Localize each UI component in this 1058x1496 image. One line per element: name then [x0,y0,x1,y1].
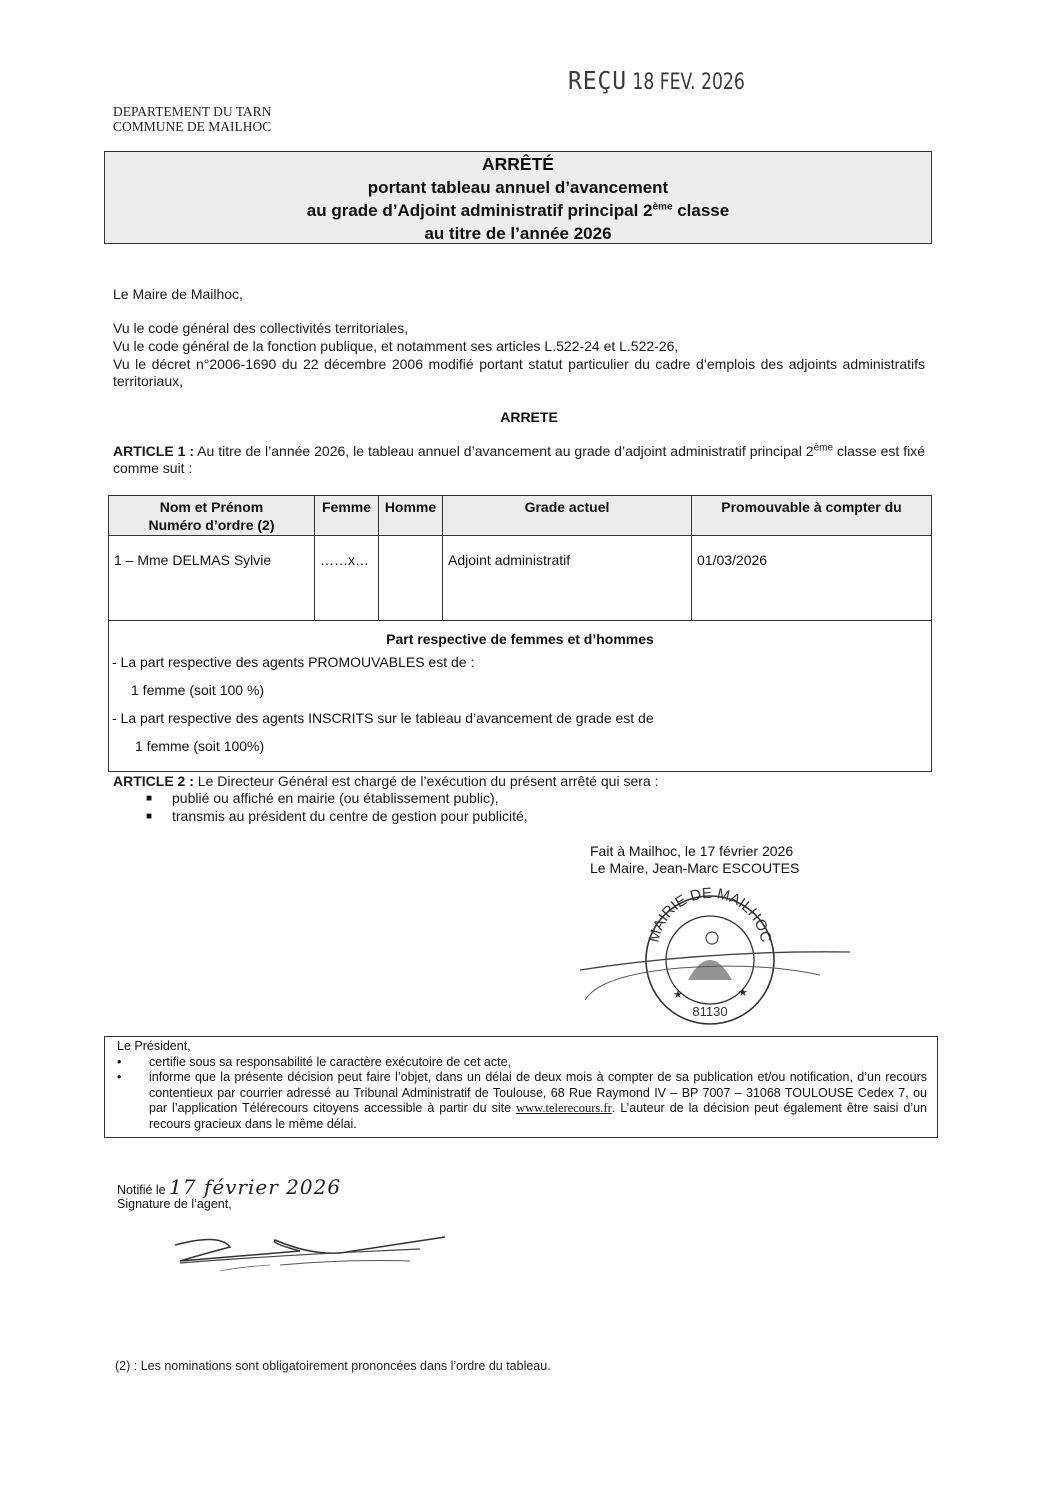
inscrits-label: - La part respective des agents INSCRITS… [109,704,931,732]
col-homme: Homme [379,496,443,536]
notified-label: Notifié le [117,1183,166,1197]
table-row: 1 – Mme DELMAS Sylvie ……x… Adjoint admin… [109,536,932,621]
agent-signature-label: Signature de l’agent, [117,1197,341,1211]
title-line-3: au grade d’Adjoint administratif princip… [105,199,931,222]
commune: COMMUNE DE MAILHOC [113,119,271,134]
article-2: ARTICLE 2 : Le Directeur Général est cha… [113,773,658,790]
article-1-label: ARTICLE 1 : [113,443,194,459]
document-title: ARRÊTÉ [105,153,931,176]
col-grade: Grade actuel [443,496,692,536]
svg-text:★: ★ [738,987,748,999]
preamble-vu-3: Vu le décret n°2006-1690 du 22 décembre … [113,356,925,390]
received-stamp: REÇU18 FEV. 2026 [568,66,765,95]
notification-block: Notifié le 17 février 2026 Signature de … [117,1180,341,1211]
col-promo: Promouvable à compter du [692,496,932,536]
notice-intro: Le Président, [117,1039,927,1055]
arrete-heading: ARRETE [0,409,1058,425]
notice-item-1: certifie sous sa responsabilité le carac… [117,1055,927,1071]
article-2-label: ARTICLE 2 : [113,773,194,789]
inscrits-value: 1 femme (soit 100%) [109,732,931,760]
col-femme: Femme [315,496,379,536]
promotion-table: Nom et PrénomNuméro d’ordre (2) Femme Ho… [108,495,932,772]
signature-block: Fait à Mailhoc, le 17 février 2026 Le Ma… [590,843,799,877]
department: DEPARTEMENT DU TARN [113,104,271,119]
article-2-item-1: publié ou affiché en mairie (ou établiss… [172,790,499,807]
bullet-icon: ■ [146,811,152,822]
part-row: Part respective de femmes et d’hommes - … [109,621,932,772]
svg-text:★: ★ [673,989,683,1001]
cell-name: 1 – Mme DELMAS Sylvie [109,536,315,621]
promouvables-value: 1 femme (soit 100 %) [109,676,931,704]
article-2-item-2: transmis au président du centre de gesti… [172,808,528,825]
title-line-4: au titre de l’année 2026 [105,222,931,245]
preamble-vu-2: Vu le code général de la fonction publiq… [113,338,925,355]
cell-promo: 01/03/2026 [692,536,932,621]
promouvables-label: - La part respective des agents PROMOUVA… [109,648,931,676]
issuer-header: DEPARTEMENT DU TARN COMMUNE DE MAILHOC [113,104,271,134]
title-line-2: portant tableau annuel d’avancement [105,176,931,199]
cell-femme: ……x… [315,536,379,621]
official-seal-icon: MAIRIE DE MAILHOC 81130 ★ ★ [560,880,860,1030]
preamble-vu-1: Vu le code général des collectivités ter… [113,320,925,337]
place-date: Fait à Mailhoc, le 17 février 2026 [590,843,799,860]
notice-item-2: informe que la présente décision peut fa… [117,1070,927,1132]
col-name: Nom et PrénomNuméro d’ordre (2) [109,496,315,536]
preamble-intro: Le Maire de Mailhoc, [113,286,243,303]
article-1: ARTICLE 1 : Au titre de l’année 2026, le… [113,443,925,477]
document-title-box: ARRÊTÉ portant tableau annuel d’avanceme… [104,151,932,244]
cell-grade: Adjoint administratif [443,536,692,621]
agent-signature-icon [160,1225,460,1285]
cell-homme [379,536,443,621]
svg-text:81130: 81130 [692,1004,727,1019]
footnote: (2) : Les nominations sont obligatoireme… [115,1359,551,1373]
mayor-name: Le Maire, Jean-Marc ESCOUTES [590,860,799,877]
legal-notice-box: Le Président, certifie sous sa responsab… [104,1036,938,1138]
svg-text:MAIRIE DE MAILHOC: MAIRIE DE MAILHOC [645,885,774,944]
bullet-icon: ■ [146,793,152,804]
telerecours-link[interactable]: www.telerecours.fr [516,1101,612,1115]
stamp-label: REÇU [568,66,627,95]
stamp-date: 18 FEV. 2026 [633,70,745,95]
part-title: Part respective de femmes et d’hommes [109,621,931,648]
handwritten-date: 17 février 2026 [169,1175,341,1199]
table-header-row: Nom et PrénomNuméro d’ordre (2) Femme Ho… [109,496,932,536]
